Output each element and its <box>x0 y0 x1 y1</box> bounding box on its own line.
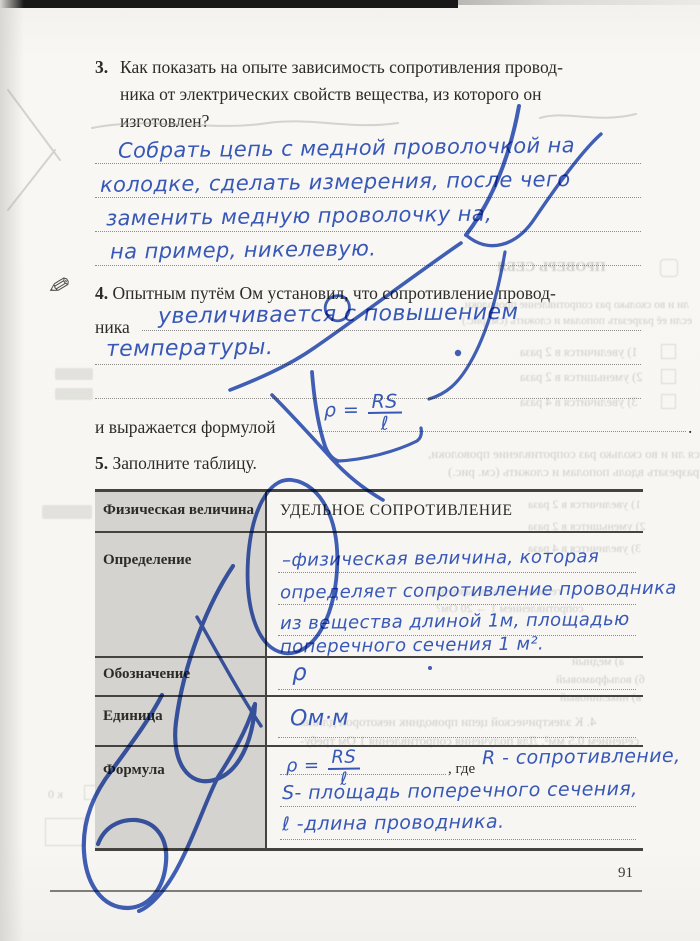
answer-rule <box>95 197 641 198</box>
showthrough-checkbox <box>661 369 676 384</box>
cell-rule <box>280 839 636 840</box>
showthrough-text: если её разрезать вдоль пополам и сложит… <box>448 464 700 480</box>
formula-equals: = <box>343 399 360 421</box>
question3-number: 3. <box>95 54 108 81</box>
q3-answer-line: заменить медную проволочку на, <box>106 202 492 231</box>
formula-fraction: RS ℓ <box>367 392 402 434</box>
question4-line3: и выражается формулой <box>95 414 275 441</box>
answer-rule <box>95 265 641 266</box>
footer-rule <box>50 890 642 892</box>
answer-rule <box>95 163 641 164</box>
table-label-unit: Единица <box>103 708 163 725</box>
showthrough-text: 1) увеличится в 2 раза <box>528 497 641 512</box>
showthrough-badge <box>42 505 92 519</box>
showthrough-checkbox <box>661 394 676 409</box>
pencil-icon: ✎ <box>45 270 73 304</box>
table-label-formula: Формула <box>103 762 165 779</box>
table-label-definition: Определение <box>103 552 191 569</box>
table-column-divider <box>265 489 267 850</box>
question5-number: 5. <box>95 453 108 473</box>
table-row-line <box>95 531 643 533</box>
showthrough-icon-box <box>660 259 678 277</box>
formula-rho: ρ <box>324 399 337 421</box>
definition-hw-line: из вещества длиной 1м, площадью <box>280 609 630 634</box>
table-border-bottom <box>95 848 643 851</box>
q4-answer-line: температуры. <box>106 335 274 362</box>
showthrough-text: 2. Изменится ли и во сколько раз сопроти… <box>428 446 700 462</box>
q4-answer-line: увеличивается с повышением <box>158 300 519 329</box>
formula-hw-right: R - сопротивление, <box>482 745 681 769</box>
unit-hw: Ом·м <box>290 706 349 732</box>
rule-end-period: . <box>688 414 692 441</box>
cell-rule <box>278 604 636 605</box>
table-border-top <box>95 489 643 492</box>
definition-hw-line: определяет сопротивление проводника <box>280 578 677 604</box>
table-header-right: УДЕЛЬНОЕ СОПРОТИВЛЕНИЕ <box>280 502 513 520</box>
formula-hw-line3: ℓ -длина проводника. <box>282 811 505 836</box>
table-label-symbol: Обозначение <box>103 666 190 683</box>
showthrough-text: в) никелиновый <box>560 690 641 705</box>
showthrough-text: б) вольфрамовый <box>556 672 645 687</box>
cell-rule <box>280 806 636 807</box>
question3-line1: Как показать на опыте зависимость сопрот… <box>120 54 563 81</box>
symbol-hw: ρ <box>292 660 307 686</box>
answer-rule <box>142 330 641 331</box>
formula-numerator: RS <box>367 392 401 414</box>
table-header-left: Физическая величина <box>103 502 254 519</box>
formula-numerator: RS <box>327 748 360 770</box>
cell-rule <box>278 572 636 573</box>
answer-rule <box>95 231 641 232</box>
showthrough-badge <box>55 388 93 400</box>
q3-answer-line: Собрать цепь с медной проволочкой на <box>118 133 575 163</box>
definition-hw-line: поперечного сечения 1 м². <box>280 633 544 657</box>
formula-hw-line2: S- площадь поперечного сечения, <box>282 778 638 804</box>
showthrough-badge <box>55 368 93 380</box>
cell-rule <box>278 689 636 690</box>
question3-line3: изготовлен? <box>120 108 209 135</box>
q3-answer-line: колодке, сделать измерения, после чего <box>100 167 571 197</box>
scan-top-bar-right <box>458 0 700 5</box>
page-number: 91 <box>618 860 633 887</box>
showthrough-box <box>45 818 85 846</box>
q4-formula: ρ = RS ℓ <box>324 392 404 435</box>
question3-line2: ника от электрических свойств вещества, … <box>120 81 541 108</box>
showthrough-checkbox <box>661 344 676 359</box>
workbook-page: ПРОВЕРЬ СЕБЯ ли и во сколько раз сопроти… <box>0 0 700 941</box>
cell-rule <box>278 737 636 738</box>
formula-denominator: ℓ <box>368 414 402 434</box>
formula-rho: ρ <box>286 755 298 776</box>
showthrough-text: к 0 <box>48 787 63 802</box>
showthrough-text: ПРОВЕРЬ СЕБЯ <box>497 260 606 276</box>
answer-rule <box>95 364 641 365</box>
showthrough-text: 2) уменьшится в 2 раза <box>520 370 643 385</box>
q3-answer-line: на пример, никелевую. <box>110 236 377 263</box>
formula-equals: = <box>304 755 320 776</box>
scan-top-bar <box>0 0 458 8</box>
question5: 5. Заполните таблицу. <box>95 450 257 477</box>
showthrough-text: 1) увеличится в 2 раза <box>520 345 638 360</box>
definition-hw-line: –физическая величина, которая <box>282 546 599 571</box>
scan-left-shadow <box>0 0 24 941</box>
question4-number: 4. <box>95 283 108 303</box>
table-row-line <box>95 695 643 697</box>
